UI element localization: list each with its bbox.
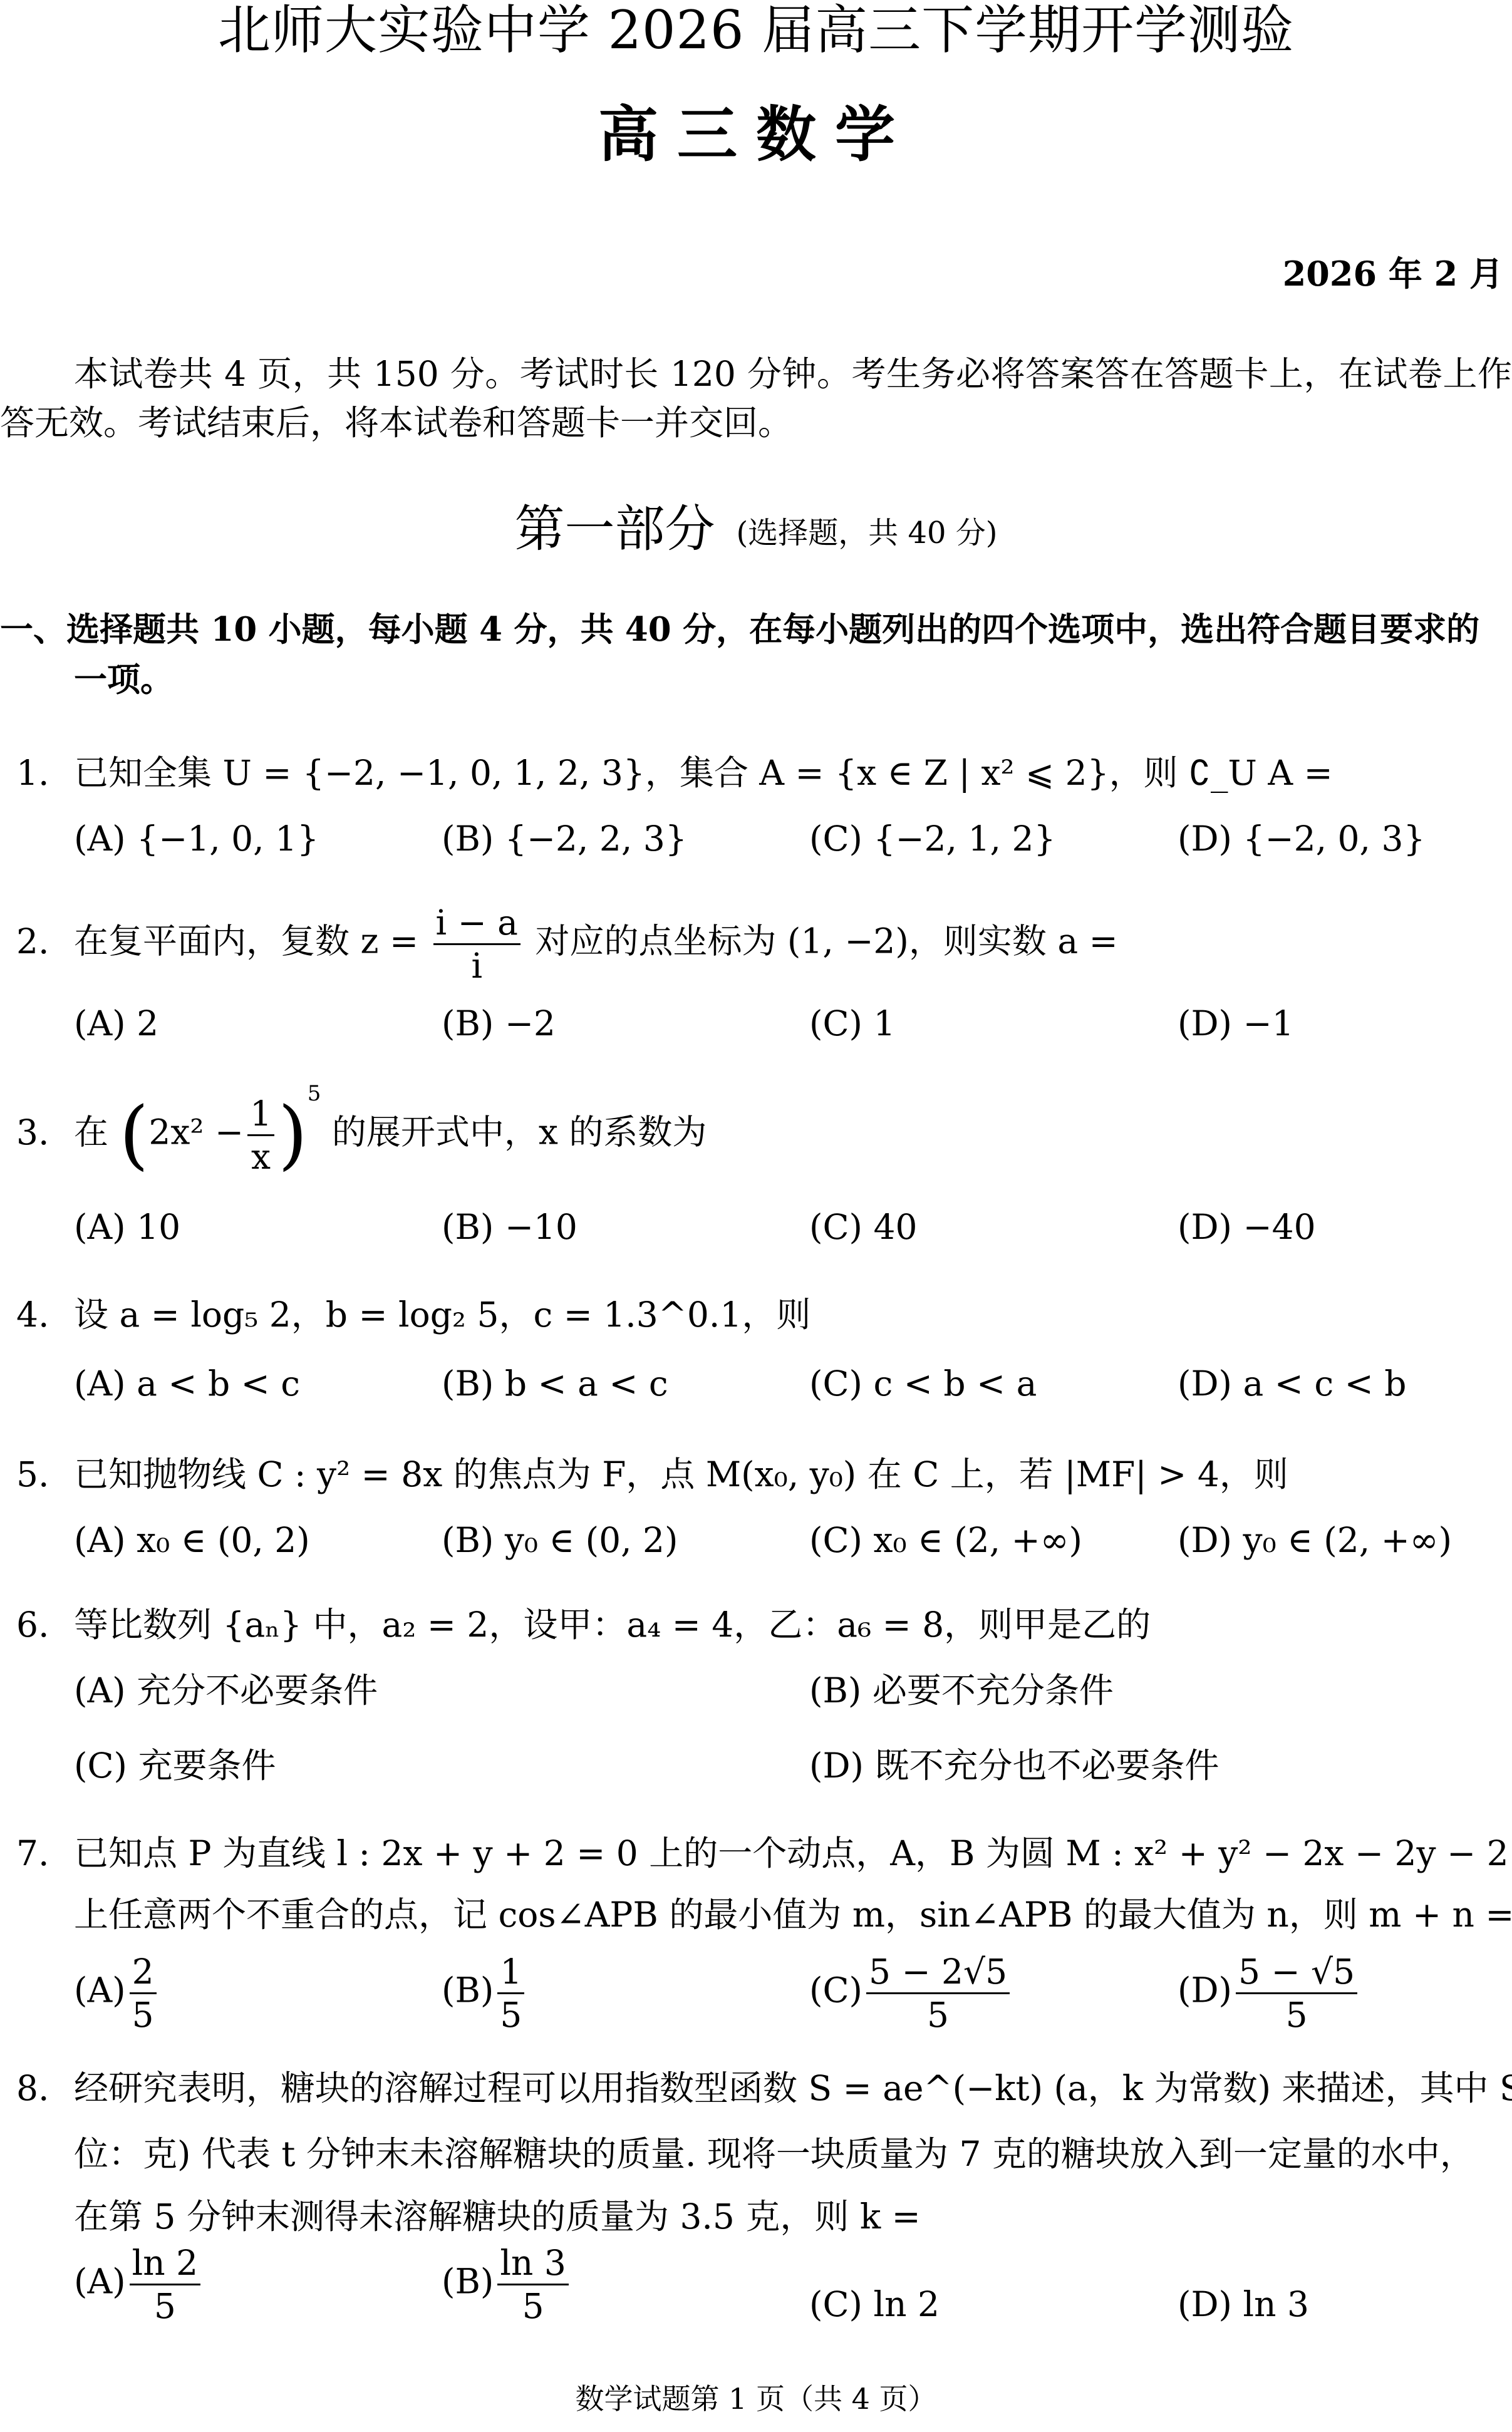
subject-title: 高三数学 [0,100,1512,169]
section-heading: 一、选择题共 10 小题，每小题 4 分，共 40 分，在每小题列出的四个选项中… [0,604,1512,705]
option-c[interactable]: (C) c < b < a [809,1359,1037,1408]
option-text: a < b < c [137,1363,300,1404]
fraction-numerator: 1 [247,1093,274,1134]
fraction-numerator: ln 3 [497,2242,569,2284]
question-stem: 已知抛物线 C : y² = 8x 的焦点为 F，点 M(x₀, y₀) 在 C… [74,1454,1288,1494]
option-text: y₀ ∈ (0, 2) [505,1520,678,1560]
option-text: −2 [505,1003,556,1043]
option-text: 10 [137,1207,180,1247]
option-label: (A) [74,1207,126,1247]
option-a[interactable]: (A)25 [74,1951,160,2036]
option-label: (B) [442,1520,494,1560]
option-label: (A) [74,1970,126,2010]
option-c[interactable]: (C)5 − 2√55 [809,1951,1013,2036]
option-text: −1 [1243,1003,1294,1043]
option-label: (B) [442,1003,494,1043]
option-label: (A) [74,1520,126,1560]
option-text: −40 [1243,1207,1316,1247]
option-label: (B) [442,1207,494,1247]
option-label: (A) [74,2262,126,2302]
option-label: (D) [1178,1363,1232,1404]
option-a[interactable]: (A) {−1, 0, 1} [74,814,319,863]
option-text: {−2, 1, 2} [873,819,1055,859]
fraction: i − ai [433,902,520,986]
option-text: 必要不充分条件 [873,1670,1114,1710]
option-c[interactable]: (C) x₀ ∈ (2, +∞) [809,1516,1082,1565]
fraction-denominator: 5 [497,2284,569,2327]
fraction-denominator: x [247,1134,274,1177]
option-label: (C) [74,1746,127,1786]
option-c[interactable]: (C) 1 [809,999,895,1048]
question-stem-line-1: 经研究表明，糖块的溶解过程可以用指数型函数 S = ae^(−kt) (a，k … [74,2068,1512,2108]
question-stem-line-3: 在第 5 分钟末测得未溶解糖块的质量为 3.5 克，则 k = [74,2192,921,2241]
option-a[interactable]: (A) x₀ ∈ (0, 2) [74,1516,310,1565]
option-b[interactable]: (B) y₀ ∈ (0, 2) [442,1516,678,1565]
option-b[interactable]: (B) {−2, 2, 3} [442,814,687,863]
option-label: (A) [74,819,126,859]
fraction: 1x [247,1093,274,1177]
option-label: (C) [809,1970,862,2010]
exam-title: 北师大实验中学 2026 届高三下学期开学测验 [0,0,1512,60]
option-label: (A) [74,1003,126,1043]
option-label: (C) [809,2284,862,2324]
option-text: {−1, 0, 1} [137,819,319,859]
fraction: ln 25 [130,2242,201,2327]
option-label: (D) [809,1746,864,1786]
option-label: (D) [1178,1003,1232,1043]
option-label: (D) [1178,1207,1232,1247]
option-label: (A) [74,1363,126,1404]
fraction-numerator: ln 2 [130,2242,201,2284]
fraction: 5 − √55 [1236,1951,1357,2036]
option-label: (B) [442,819,494,859]
option-label: (B) [442,1363,494,1404]
right-paren: ) [278,1092,308,1179]
fraction: 5 − 2√55 [866,1951,1010,2036]
option-c[interactable]: (C) 40 [809,1203,917,1251]
question-stem-prefix: 在 [74,1112,108,1152]
option-text: 2 [137,1003,158,1043]
option-label: (C) [809,819,862,859]
option-d[interactable]: (D) {−2, 0, 3} [1178,814,1425,863]
question-stem: 设 a = log₅ 2，b = log₂ 5，c = 1.3^0.1，则 [74,1295,810,1335]
option-d[interactable]: (D) −1 [1178,999,1294,1048]
option-label: (D) [1178,1970,1232,2010]
option-a[interactable]: (A) 10 [74,1203,180,1251]
question-stem-line-1: 已知点 P 为直线 l : 2x + y + 2 = 0 上的一个动点，A，B … [74,1833,1512,1873]
option-text: 既不充分也不必要条件 [875,1746,1219,1786]
exam-date: 2026 年 2 月 [1283,254,1503,294]
option-text: {−2, 0, 3} [1243,819,1426,859]
exponent: 5 [308,1081,321,1106]
option-a[interactable]: (A) a < b < c [74,1359,300,1408]
fraction: 15 [497,1951,524,2036]
option-d[interactable]: (D) a < c < b [1178,1359,1406,1408]
fraction-numerator: 1 [497,1951,524,1992]
option-text: b < a < c [505,1363,668,1404]
question-number: 7. [0,1829,74,1878]
option-label: (A) [74,1670,126,1710]
question-stem: 已知全集 U = {−2, −1, 0, 1, 2, 3}，集合 A = {x … [74,753,1333,793]
question-number: 2. [0,917,74,966]
fraction-denominator: 5 [1236,1992,1357,2036]
option-label: (D) [1178,819,1232,859]
question-number: 3. [0,1108,74,1157]
instructions: 本试卷共 4 页，共 150 分。考试时长 120 分钟。考生务必将答案答在答题… [0,349,1512,447]
question-number: 6. [0,1600,74,1649]
option-label: (D) [1178,1520,1232,1560]
fraction-denominator: 5 [130,1992,157,2036]
option-text: x₀ ∈ (2, +∞) [873,1520,1082,1560]
question-stem-line-2: 上任意两个不重合的点，记 cos∠APB 的最小值为 m，sin∠APB 的最大… [74,1890,1512,1939]
option-b[interactable]: (B)ln 35 [442,2242,572,2327]
fraction-denominator: i [433,943,520,986]
option-b[interactable]: (B) 必要不充分条件 [809,1666,1114,1715]
fraction-denominator: 5 [866,1992,1010,2036]
option-label: (C) [809,1363,862,1404]
question-number: 1. [0,748,74,797]
option-b[interactable]: (B) −10 [442,1203,577,1251]
fraction-numerator: i − a [433,902,520,943]
option-b[interactable]: (B) b < a < c [442,1359,668,1408]
option-d[interactable]: (D)5 − √55 [1178,1951,1361,2036]
option-text: 1 [873,1003,895,1043]
page-footer: 数学试题第 1 页（共 4 页） [0,2380,1512,2418]
option-d[interactable]: (D) y₀ ∈ (2, +∞) [1178,1516,1452,1565]
option-label: (C) [809,1003,862,1043]
option-label: (B) [442,1970,494,2010]
option-a[interactable]: (A) 2 [74,999,158,1048]
question-stem-prefix: 在复平面内，复数 z = [74,921,418,961]
option-label: (B) [442,2262,494,2302]
question-stem: 等比数列 {aₙ} 中，a₂ = 2，设甲：a₄ = 4，乙：a₆ = 8，则甲… [74,1605,1151,1645]
option-text: 40 [873,1207,917,1247]
fraction-numerator: 5 − √5 [1236,1951,1357,1992]
question-stem-suffix: 对应的点坐标为 (1, −2)，则实数 a = [535,921,1117,961]
option-label: (C) [809,1207,862,1247]
part-heading: 第一部分(选择题，共 40 分) [0,498,1512,564]
option-label: (D) [1178,2284,1232,2324]
option-text: y₀ ∈ (2, +∞) [1243,1520,1452,1560]
option-d[interactable]: (D) −40 [1178,1203,1316,1251]
option-b[interactable]: (B) −2 [442,999,556,1048]
question-number: 5. [0,1450,74,1499]
option-a[interactable]: (A) 充分不必要条件 [74,1666,378,1715]
option-text: a < c < b [1243,1363,1407,1404]
question-number: 4. [0,1290,74,1339]
option-d[interactable]: (D) 既不充分也不必要条件 [809,1741,1219,1790]
option-text: 充要条件 [138,1746,276,1786]
question-stem-suffix: 的展开式中，x 的系数为 [332,1112,707,1152]
option-c[interactable]: (C) ln 2 [809,2280,940,2329]
fraction: 25 [130,1951,157,2036]
part-title: 第一部分 [514,500,715,558]
option-text: 充分不必要条件 [137,1670,378,1710]
fraction: ln 35 [497,2242,569,2327]
option-text: x₀ ∈ (0, 2) [137,1520,310,1560]
option-c[interactable]: (C) 充要条件 [74,1741,276,1790]
option-b[interactable]: (B)15 [442,1951,528,2036]
fraction-numerator: 2 [130,1951,157,1992]
option-text: {−2, 2, 3} [505,819,687,859]
fraction-denominator: 5 [130,2284,201,2327]
option-text: ln 3 [1243,2284,1310,2324]
option-a[interactable]: (A)ln 25 [74,2242,204,2327]
option-text: −10 [505,1207,577,1247]
expression: 2x² − [148,1112,244,1152]
left-paren: ( [120,1092,149,1179]
fraction-numerator: 5 − 2√5 [866,1951,1010,1992]
part-subtitle: (选择题，共 40 分) [736,515,997,551]
option-label: (B) [809,1670,861,1710]
question-stem-line-2: 位：克) 代表 t 分钟末未溶解糖块的质量. 现将一块质量为 7 克的糖块放入到… [74,2129,1474,2178]
option-label: (C) [809,1520,862,1560]
option-d[interactable]: (D) ln 3 [1178,2280,1309,2329]
fraction-denominator: 5 [497,1992,524,2036]
option-text: c < b < a [873,1363,1037,1404]
option-c[interactable]: (C) {−2, 1, 2} [809,814,1055,863]
question-number: 8. [0,2064,74,2113]
option-text: ln 2 [873,2284,940,2324]
